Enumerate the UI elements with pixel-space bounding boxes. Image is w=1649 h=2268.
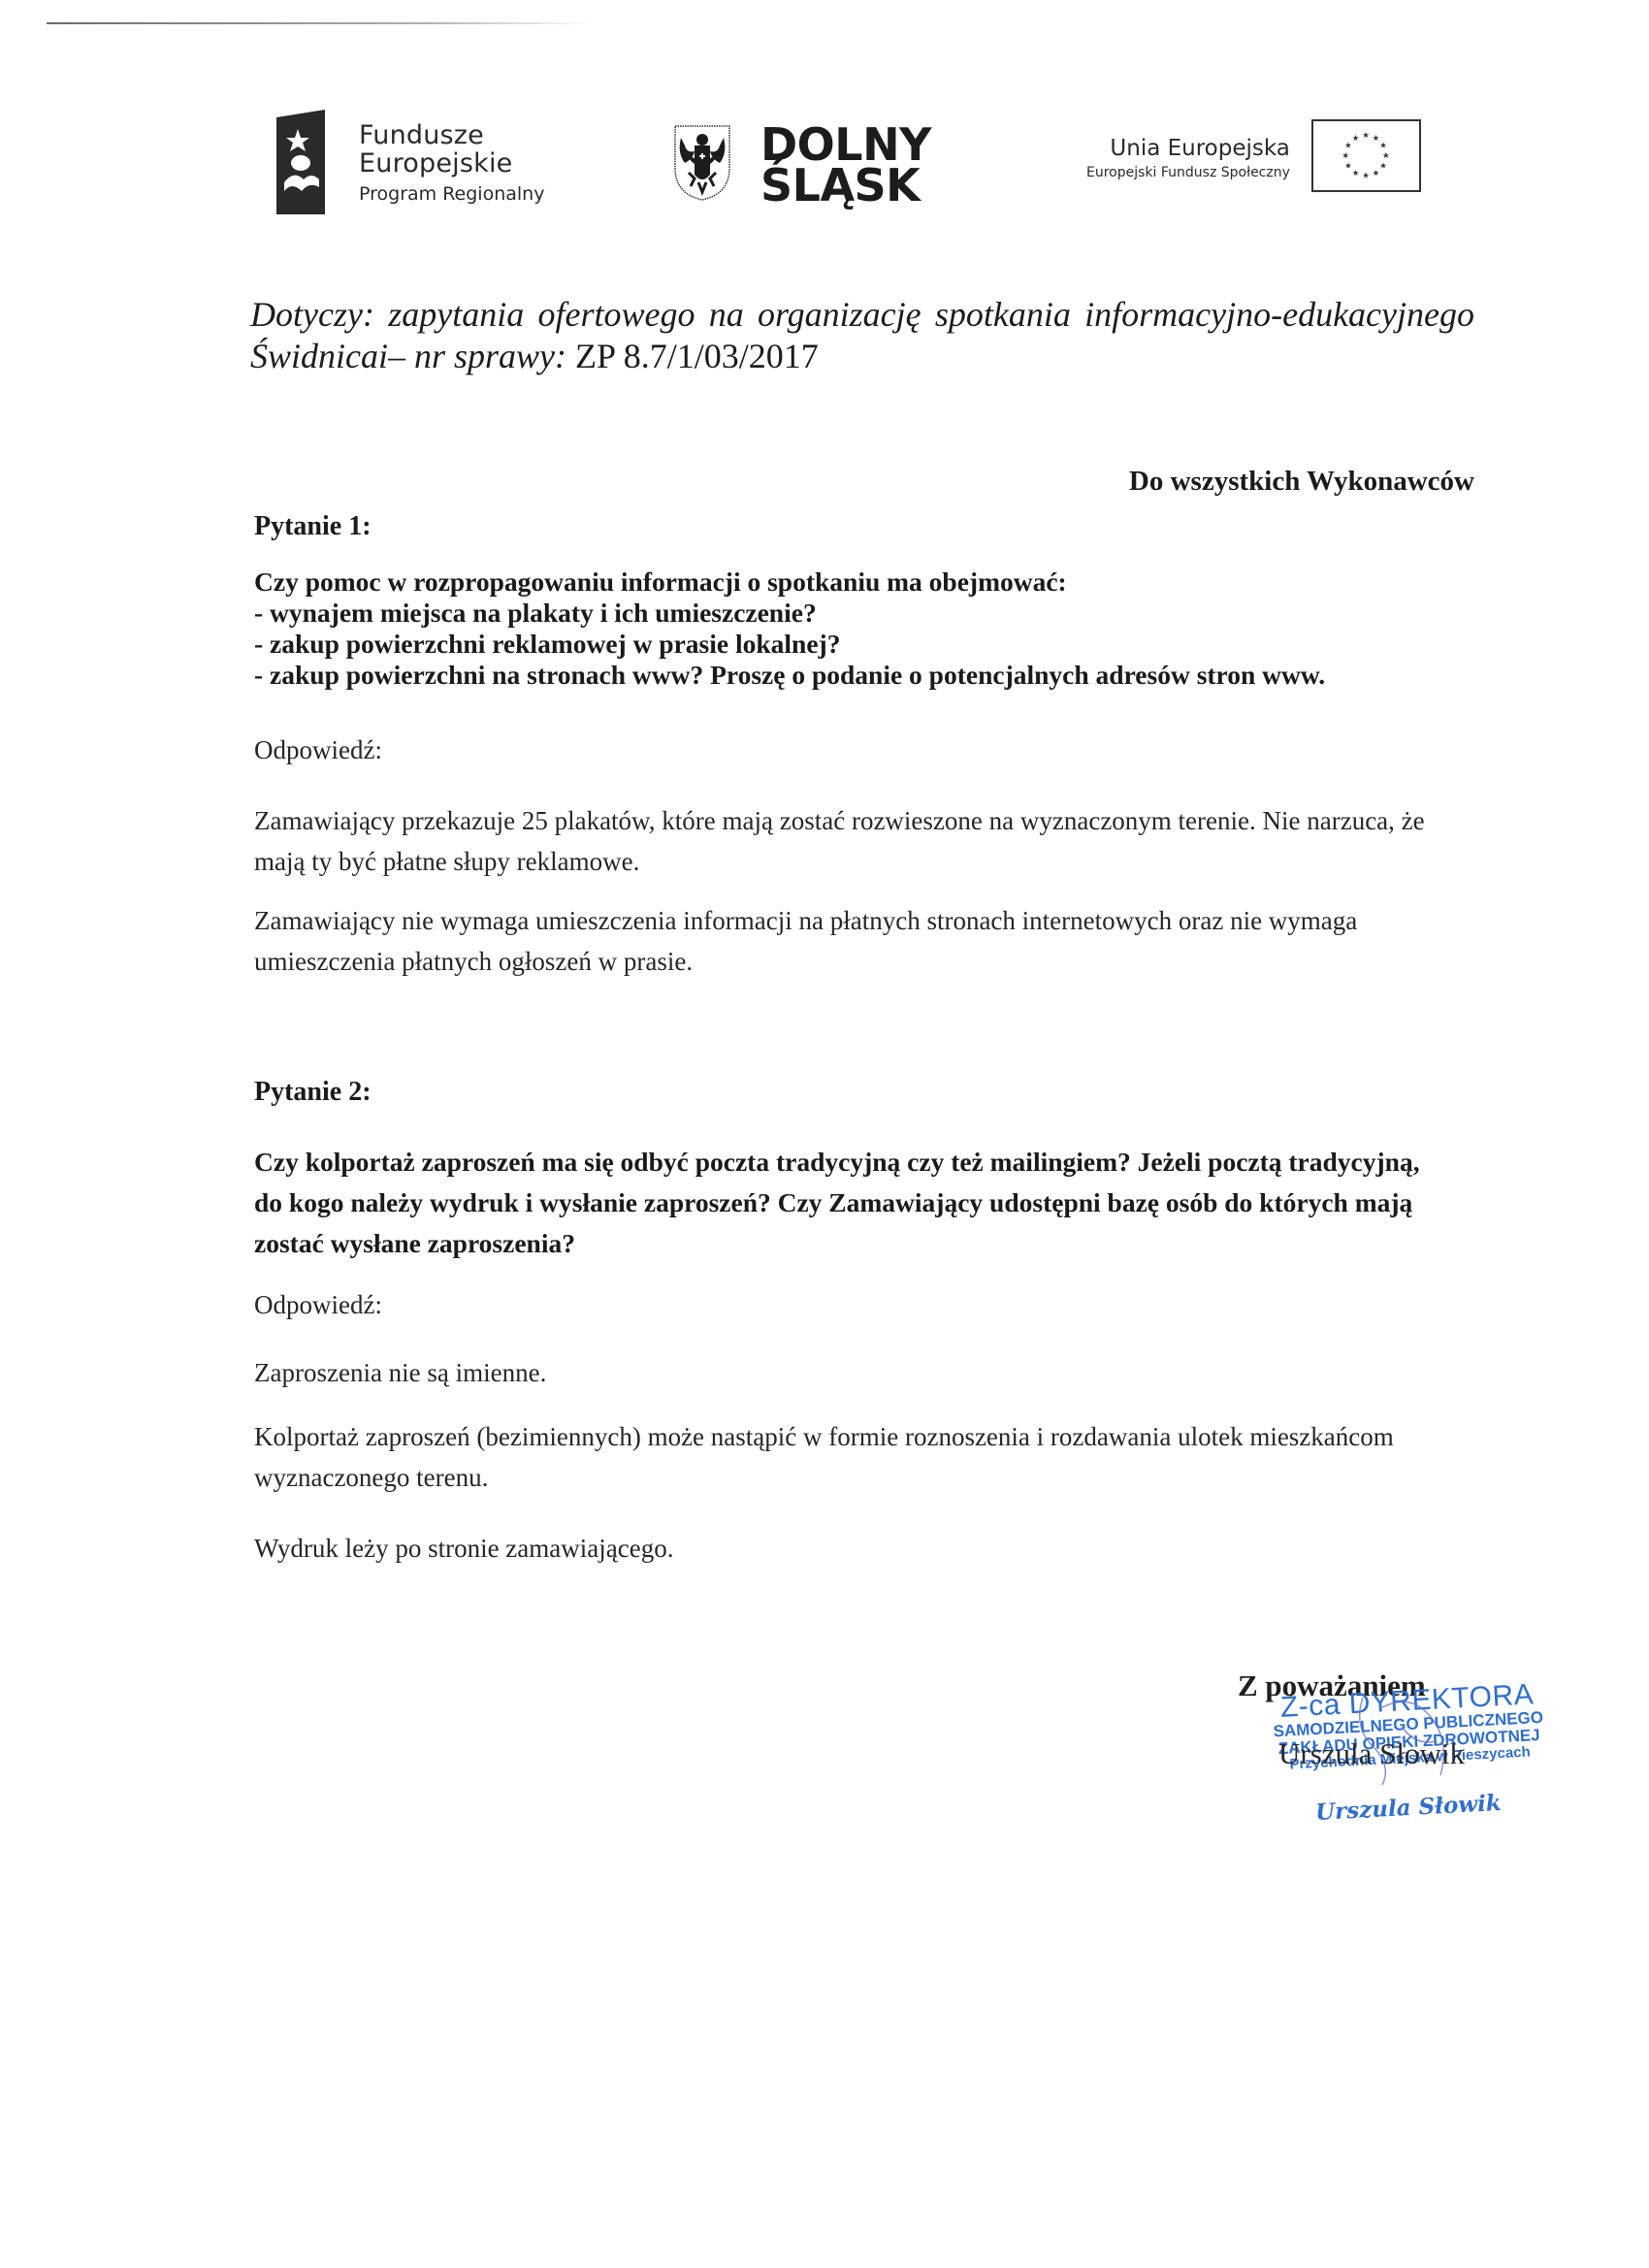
svg-text:★: ★ — [1382, 150, 1390, 160]
question-1-line: - zakup powierzchni reklamowej w prasie … — [254, 629, 1476, 660]
answer-2-paragraph-1: Zaproszenia nie są imienne. — [254, 1352, 1476, 1393]
question-2-label: Pytanie 2: — [254, 1077, 1476, 1108]
scan-edge-line — [47, 22, 590, 24]
svg-text:★: ★ — [1344, 160, 1352, 170]
answer-2-paragraph-2: Kolportaż zaproszeń (bezimiennych) może … — [254, 1416, 1418, 1498]
answer-2-paragraph: Kolportaż zaproszeń (bezimiennych) może … — [254, 1416, 1418, 1498]
question-1-label: Pytanie 1: — [254, 511, 1476, 542]
answer-1-label-block: Odpowiedź: — [254, 735, 1476, 765]
stamp-signature: Urszula Słowik — [1314, 1790, 1502, 1826]
answer-2-label: Odpowiedź: — [254, 1290, 1476, 1320]
svg-text:★: ★ — [1352, 133, 1360, 143]
case-number: ZP 8.7/1/03/2017 — [575, 337, 819, 375]
logo-dolny-slask: DOLNY ŚLĄSK — [673, 124, 931, 206]
answer-2-paragraph: Zaproszenia nie są imienne. — [254, 1352, 1476, 1393]
logo-ds-line2: ŚLĄSK — [760, 165, 931, 206]
handwritten-signature-icon — [1343, 1688, 1470, 1795]
answer-1-label: Odpowiedź: — [254, 735, 1476, 765]
logo-ue-line2: Europejski Fundusz Społeczny — [1086, 162, 1290, 183]
question-2-paragraph: Czy kolportaż zaproszeń ma się odbyć poc… — [254, 1142, 1447, 1264]
logo-fe-line3: Program Regionalny — [359, 179, 544, 209]
question-1-line: - wynajem miejsca na plakaty i ich umies… — [254, 598, 1476, 629]
answer-1-paragraph: Zamawiający przekazuje 25 plakatów, któr… — [254, 800, 1457, 882]
answer-1-paragraph-2: Zamawiający nie wymaga umieszczenia info… — [254, 900, 1438, 982]
question-1-label-block: Pytanie 1: — [254, 511, 1476, 542]
answer-2-paragraph: Wydruk leży po stronie zamawiającego. — [254, 1528, 1476, 1569]
question-1-line: Czy pomoc w rozpropagowaniu informacji o… — [254, 567, 1476, 598]
svg-text:★: ★ — [1342, 150, 1349, 160]
logo-unia-europejska: Unia Europejska Europejski Fundusz Społe… — [1086, 119, 1421, 192]
fundusze-europejskie-star-icon — [276, 110, 325, 214]
answer-1-paragraph-1: Zamawiający przekazuje 25 plakatów, któr… — [254, 800, 1457, 882]
svg-text:★: ★ — [1362, 171, 1370, 180]
answer-1-paragraph: Zamawiający nie wymaga umieszczenia info… — [254, 900, 1438, 982]
svg-text:★: ★ — [1373, 168, 1380, 178]
logo-ue-line1: Unia Europejska — [1086, 135, 1290, 162]
svg-text:★: ★ — [1379, 160, 1387, 170]
addressee: Do wszystkich Wykonawców — [1129, 466, 1474, 498]
answer-2-label-block: Odpowiedź: — [254, 1290, 1476, 1320]
logo-fe-line2: Europejskie — [359, 149, 544, 178]
answer-2-paragraph-3: Wydruk leży po stronie zamawiającego. — [254, 1528, 1476, 1569]
subject-line: Dotyczy: zapytania ofertowego na organiz… — [250, 294, 1474, 377]
question-1-line: - zakup powierzchni na stronach www? Pro… — [254, 660, 1476, 691]
svg-text:★: ★ — [1379, 140, 1387, 149]
question-2-text: Czy kolportaż zaproszeń ma się odbyć poc… — [254, 1142, 1447, 1264]
question-1-text: Czy pomoc w rozpropagowaniu informacji o… — [254, 567, 1476, 691]
svg-text:★: ★ — [1362, 130, 1370, 140]
eu-flag-stars-icon: ★★★★★★★★★★★★ — [1311, 119, 1421, 192]
silesian-eagle-shield-icon — [673, 124, 731, 202]
logo-fe-line1: Fundusze — [359, 121, 544, 149]
logo-fundusze-europejskie: Fundusze Europejskie Program Regionalny — [276, 110, 544, 214]
question-2-label-block: Pytanie 2: — [254, 1077, 1476, 1108]
svg-text:★: ★ — [1352, 168, 1360, 178]
subject-text: Dotyczy: zapytania ofertowego na organiz… — [250, 295, 1474, 375]
